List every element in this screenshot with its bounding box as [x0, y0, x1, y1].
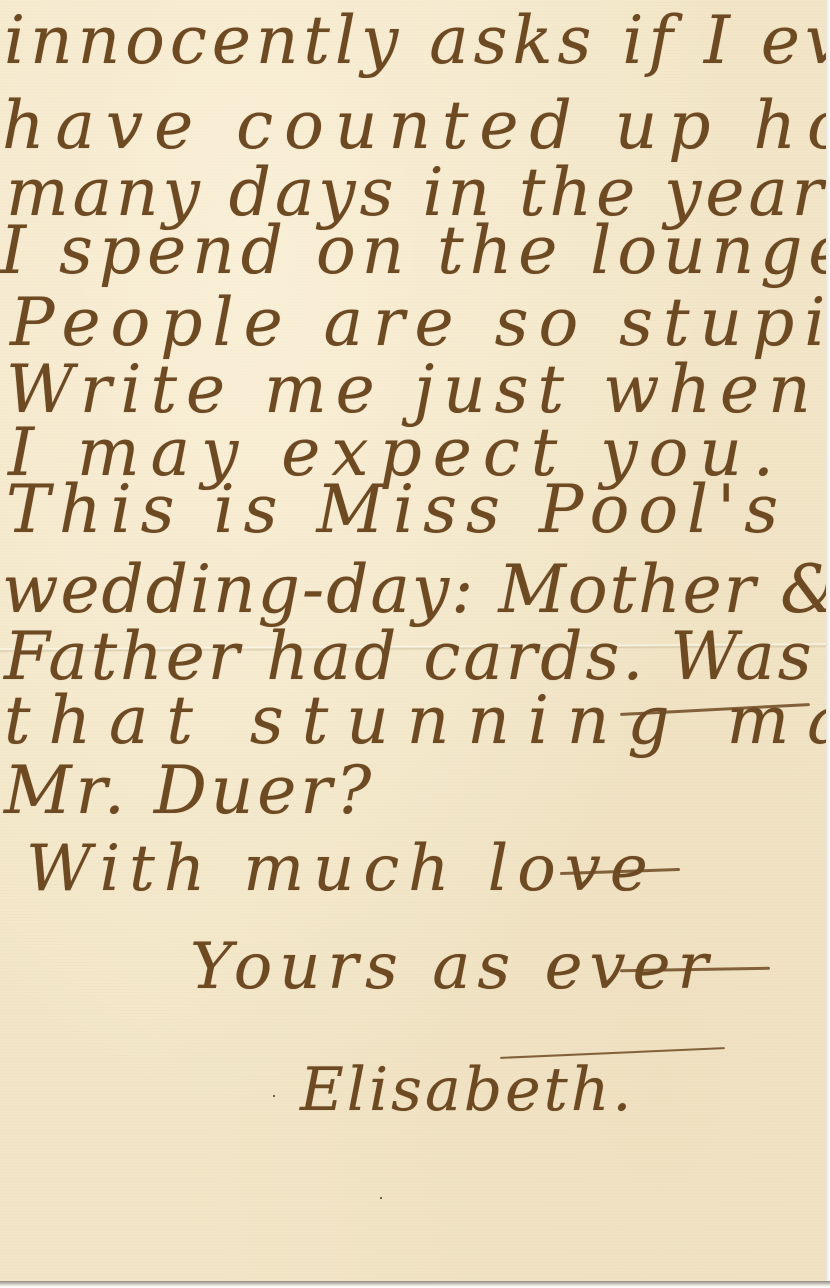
letter-line-1: innocently asks if I ever	[4, 8, 824, 74]
complimentary-close: Yours as ever	[190, 935, 715, 999]
letter-line-8: This is Miss Pool's	[6, 477, 787, 543]
letter-page: innocently asks if I ever have counted u…	[0, 0, 826, 1281]
paper-speck	[380, 1197, 382, 1199]
letter-line-12: Mr. Duer?	[4, 758, 375, 824]
paper-speck	[273, 1095, 275, 1097]
letter-line-4: I spend on the lounge?	[0, 218, 826, 284]
valediction: With much love	[26, 837, 657, 901]
letter-line-9: wedding-day: Mother &	[2, 557, 826, 623]
letter-line-10: Father had cards. Was	[4, 624, 815, 690]
letter-line-5: People are so stupid.	[10, 290, 826, 356]
signature: Elisabeth.	[300, 1060, 634, 1120]
letter-line-2: have counted up how	[2, 93, 826, 159]
scan-right-edge	[826, 0, 830, 1288]
scan-bottom-edge	[0, 1281, 830, 1288]
letter-line-11: that stunning man	[4, 688, 826, 754]
